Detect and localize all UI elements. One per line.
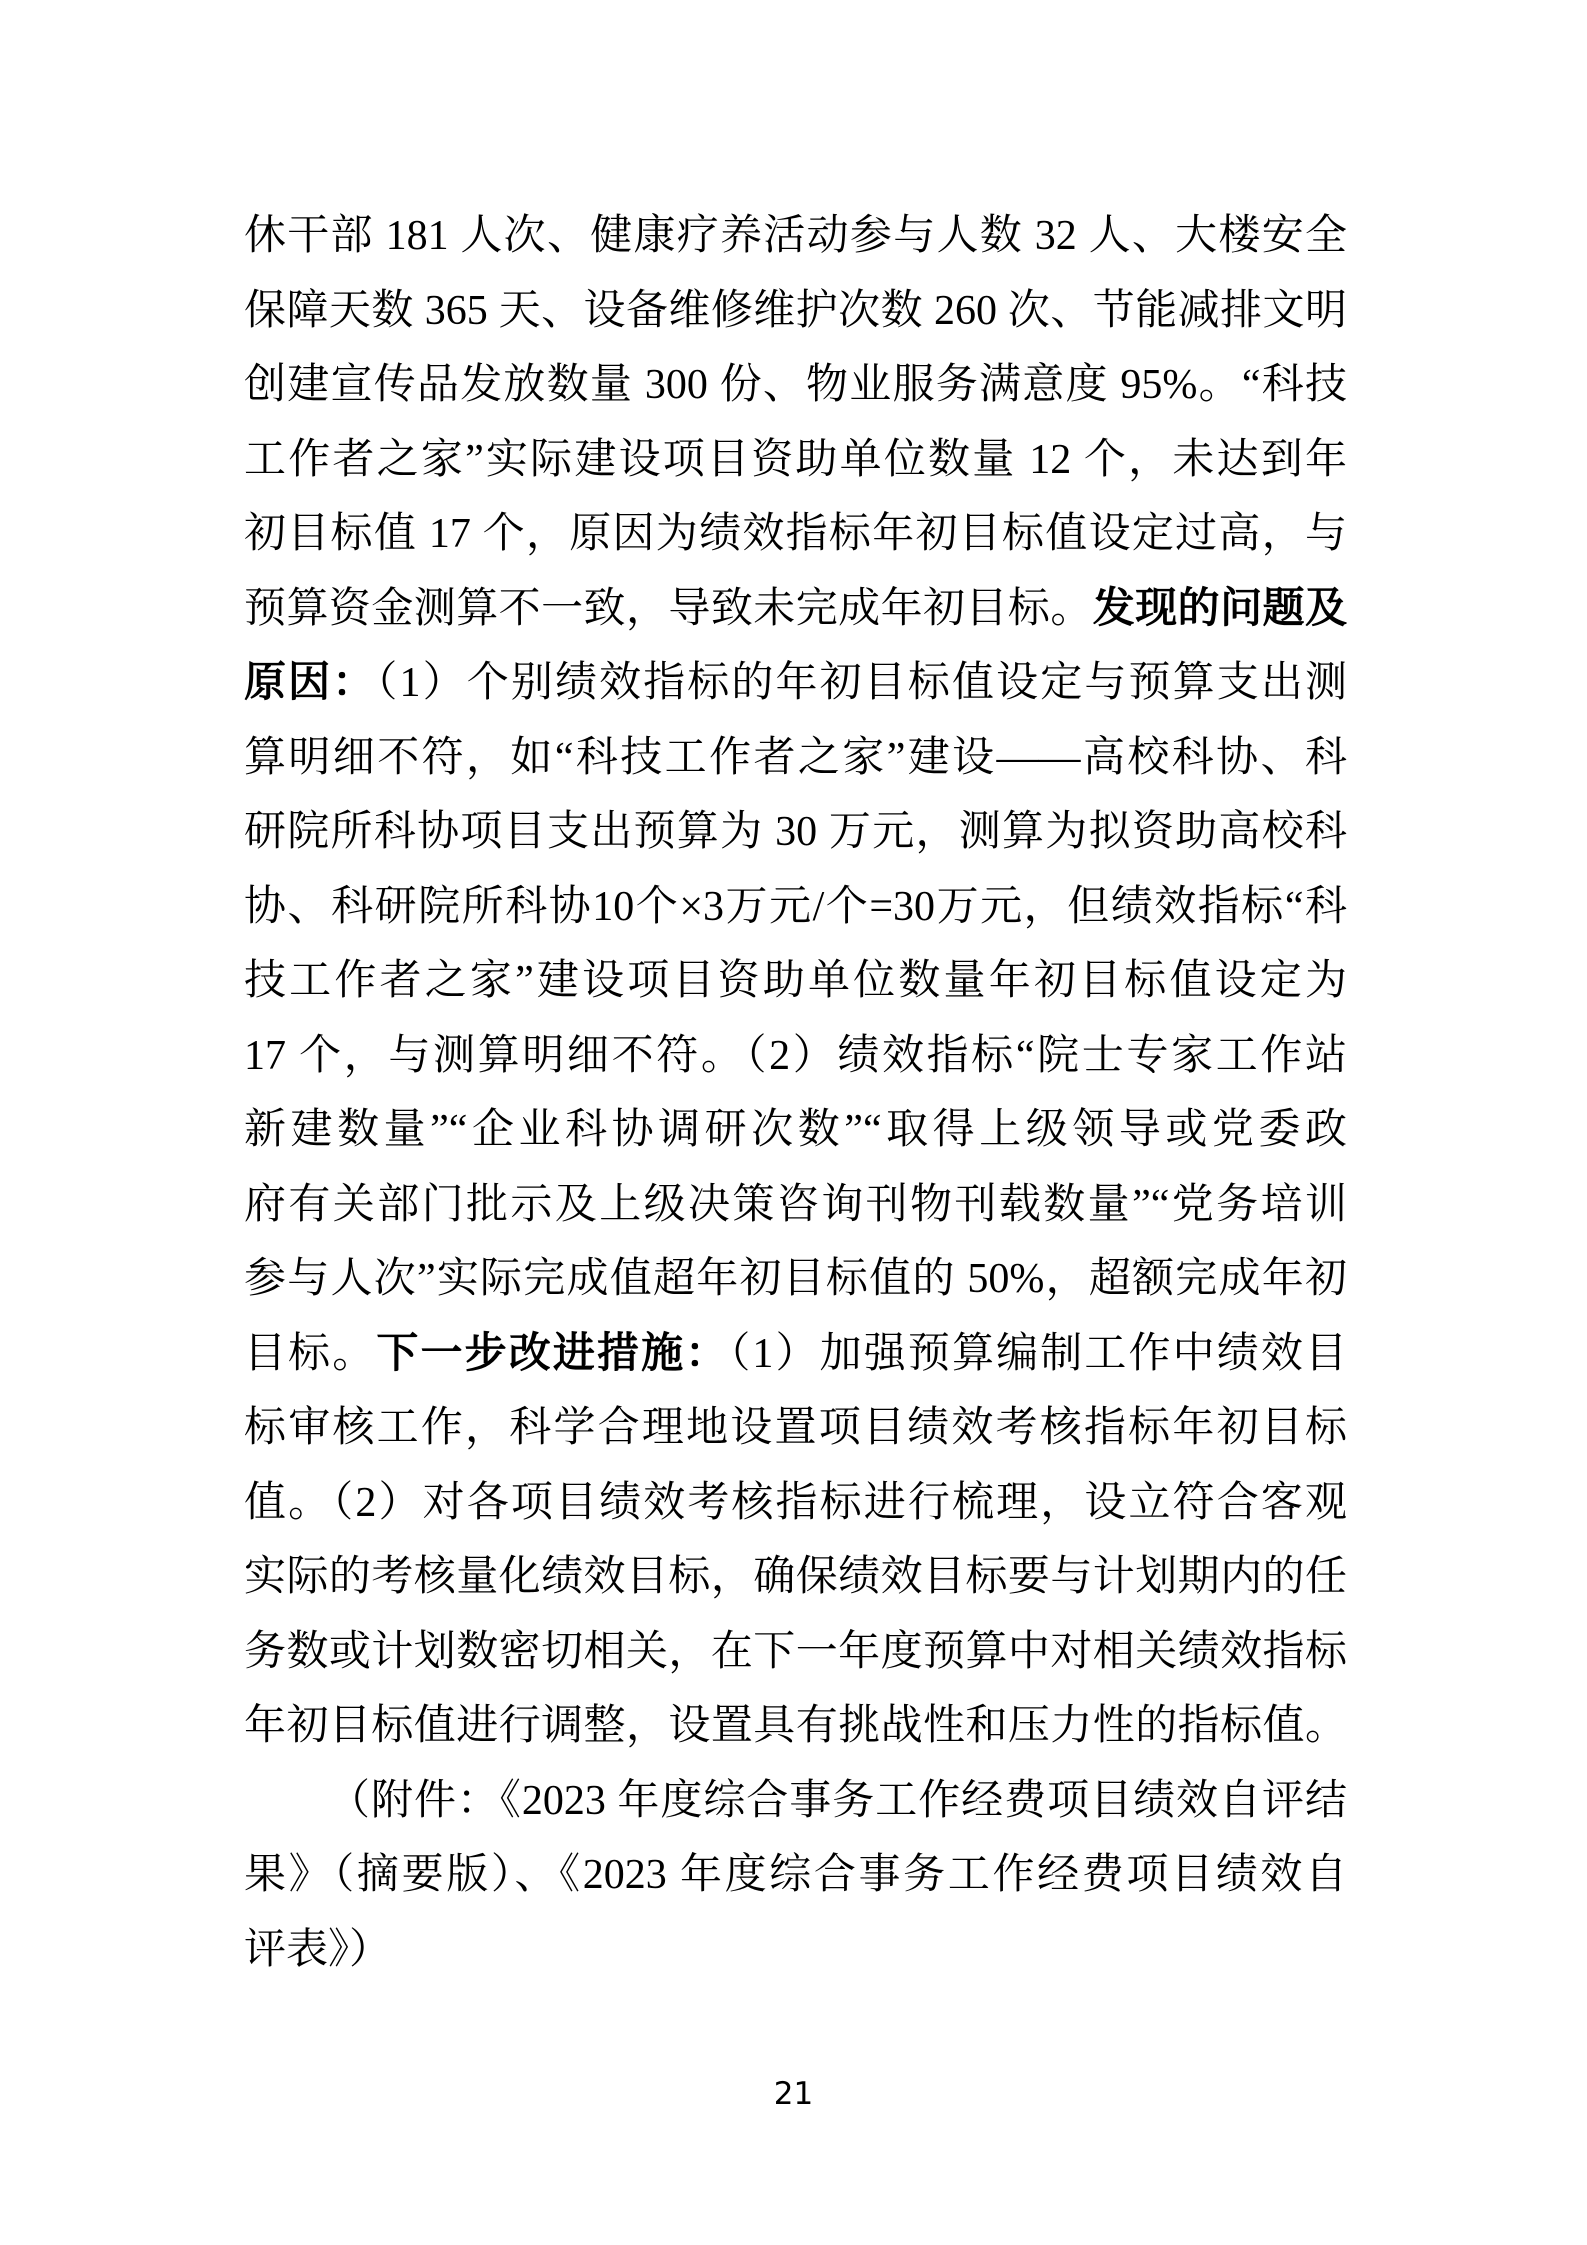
text-line: 保障天数 365 天、设备维修维护次数 260 次、节能减排文明 [244,274,1347,349]
text-line: （附件：《2023 年度综合事务工作经费项目绩效自评结 [244,1764,1347,1839]
bold-text-segment: 下一步改进措施： [376,1331,729,1377]
text-segment: （附件：《2023 年度综合事务工作经费项目绩效自评结 [328,1778,1347,1824]
text-segment: 评表》） [244,1927,391,1973]
text-segment: 17 个，与测算明细不符。（2）绩效指标“院士专家工作站 [244,1033,1347,1079]
document-page: 休干部 181 人次、健康疗养活动参与人数 32 人、大楼安全保障天数 365 … [0,0,1587,2245]
text-line: 技工作者之家”建设项目资助单位数量年初目标值设定为 [244,944,1347,1019]
text-line: 标审核工作，科学合理地设置项目绩效考核指标年初目标 [244,1391,1347,1466]
text-segment: 技工作者之家”建设项目资助单位数量年初目标值设定为 [244,958,1347,1004]
text-line: 算明细不符，如“科技工作者之家”建设——高校科协、科 [244,721,1347,796]
text-segment: 务数或计划数密切相关，在下一年度预算中对相关绩效指标 [244,1629,1347,1675]
bold-text-segment: 原因： [244,660,376,706]
text-segment: 果》（摘要版）、《2023 年度综合事务工作经费项目绩效自 [244,1852,1347,1898]
text-line: 初目标值 17 个，原因为绩效指标年初目标值设定过高，与 [244,497,1347,572]
text-line: 创建宣传品发放数量 300 份、物业服务满意度 95%。“科技 [244,348,1347,423]
text-line: 目标。下一步改进措施：（1）加强预算编制工作中绩效目 [244,1317,1347,1392]
text-line: 实际的考核量化绩效目标，确保绩效目标要与计划期内的任 [244,1540,1347,1615]
text-segment: 预算资金测算不一致，导致未完成年初目标。 [244,586,1093,632]
text-segment: 工作者之家”实际建设项目资助单位数量 12 个，未达到年 [244,437,1347,483]
text-line: 年初目标值进行调整，设置具有挑战性和压力性的指标值。 [244,1689,1347,1764]
text-segment: 保障天数 365 天、设备维修维护次数 260 次、节能减排文明 [244,288,1347,334]
text-segment: 目标。 [244,1331,376,1377]
text-segment: 研院所科协项目支出预算为 30 万元，测算为拟资助高校科 [244,809,1347,855]
text-line: 值。（2）对各项目绩效考核指标进行梳理，设立符合客观 [244,1466,1347,1541]
text-segment: 参与人次”实际完成值超年初目标值的 50%，超额完成年初 [244,1256,1347,1302]
text-segment: 值。（2）对各项目绩效考核指标进行梳理，设立符合客观 [244,1480,1347,1526]
body-text: 休干部 181 人次、健康疗养活动参与人数 32 人、大楼安全保障天数 365 … [244,199,1347,1987]
text-line: 原因：（1）个别绩效指标的年初目标值设定与预算支出测 [244,646,1347,721]
page-number: 21 [0,2076,1587,2112]
text-segment: 休干部 181 人次、健康疗养活动参与人数 32 人、大楼安全 [244,213,1347,259]
text-line: 新建数量”“企业科协调研次数”“取得上级领导或党委政 [244,1093,1347,1168]
text-line: 参与人次”实际完成值超年初目标值的 50%，超额完成年初 [244,1242,1347,1317]
text-segment: （1）个别绩效指标的年初目标值设定与预算支出测 [376,660,1347,706]
text-segment: 创建宣传品发放数量 300 份、物业服务满意度 95%。“科技 [244,362,1347,408]
text-segment: 新建数量”“企业科协调研次数”“取得上级领导或党委政 [244,1107,1347,1153]
text-line: 果》（摘要版）、《2023 年度综合事务工作经费项目绩效自 [244,1838,1347,1913]
text-segment: （1）加强预算编制工作中绩效目 [729,1331,1347,1377]
text-segment: 实际的考核量化绩效目标，确保绩效目标要与计划期内的任 [244,1554,1347,1600]
text-line: 工作者之家”实际建设项目资助单位数量 12 个，未达到年 [244,423,1347,498]
text-line: 17 个，与测算明细不符。（2）绩效指标“院士专家工作站 [244,1019,1347,1094]
text-line: 预算资金测算不一致，导致未完成年初目标。发现的问题及 [244,572,1347,647]
text-line: 休干部 181 人次、健康疗养活动参与人数 32 人、大楼安全 [244,199,1347,274]
text-line: 研院所科协项目支出预算为 30 万元，测算为拟资助高校科 [244,795,1347,870]
text-segment: 初目标值 17 个，原因为绩效指标年初目标值设定过高，与 [244,511,1347,557]
bold-text-segment: 发现的问题及 [1093,586,1347,632]
text-segment: 府有关部门批示及上级决策咨询刊物刊载数量”“党务培训 [244,1182,1347,1228]
text-line: 府有关部门批示及上级决策咨询刊物刊载数量”“党务培训 [244,1168,1347,1243]
text-line: 协、科研院所科协10个×3万元/个=30万元，但绩效指标“科 [244,870,1347,945]
text-segment: 标审核工作，科学合理地设置项目绩效考核指标年初目标 [244,1405,1347,1451]
text-line: 务数或计划数密切相关，在下一年度预算中对相关绩效指标 [244,1615,1347,1690]
text-segment: 算明细不符，如“科技工作者之家”建设——高校科协、科 [244,735,1347,781]
text-line: 评表》） [244,1913,1347,1988]
text-segment: 协、科研院所科协10个×3万元/个=30万元，但绩效指标“科 [244,884,1347,930]
text-segment: 年初目标值进行调整，设置具有挑战性和压力性的指标值。 [244,1703,1347,1749]
